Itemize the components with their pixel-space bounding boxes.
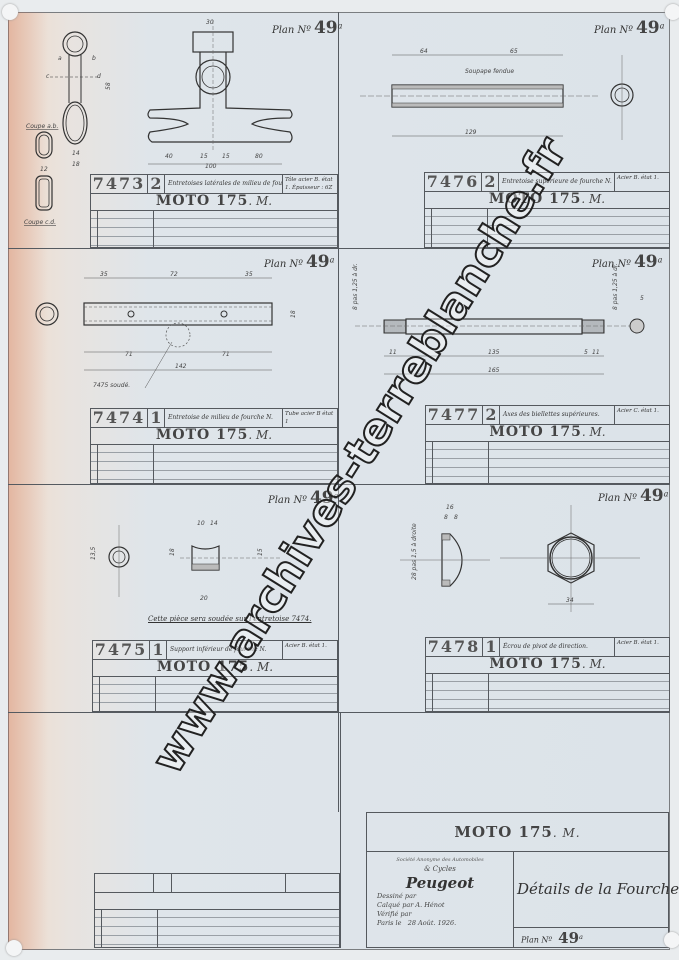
part-description: Écrou de pivot de direction. bbox=[500, 638, 615, 656]
empty-title-block bbox=[94, 873, 340, 948]
title-block-7478: 7478 1 Écrou de pivot de direction. Acie… bbox=[425, 637, 670, 712]
main-model-label: MOTO 175. M. bbox=[367, 813, 668, 852]
revision-rows bbox=[426, 673, 669, 711]
svg-text:28 pas 1,5 à droite: 28 pas 1,5 à droite bbox=[411, 523, 418, 580]
drawing-subject: Détails de la Fourche N. bbox=[513, 851, 668, 928]
drawing-7478: 16 88 28 pas 1,5 à droite 34 bbox=[0, 0, 679, 640]
title-block-7475: 7475 1 Support inférieur de fourche N. A… bbox=[92, 640, 338, 712]
company-block: Société Anonyme des Automobiles & Cycles… bbox=[367, 851, 514, 947]
pin-top-right bbox=[665, 4, 679, 20]
part-material: Acier B. état 1. bbox=[615, 638, 669, 656]
svg-text:16: 16 bbox=[446, 504, 454, 511]
bottom-divider bbox=[340, 712, 341, 948]
part-quantity: 1 bbox=[150, 641, 167, 659]
main-plan-number: Plan Nº49a bbox=[513, 927, 668, 947]
svg-text:8: 8 bbox=[444, 514, 448, 521]
signatures: Dessiné par Calqué par A. Hénot Vérifié … bbox=[367, 892, 513, 928]
pin-top-left bbox=[2, 4, 18, 20]
svg-text:34: 34 bbox=[566, 597, 574, 604]
part-quantity: 1 bbox=[483, 638, 500, 656]
part-number: 7478 bbox=[426, 638, 483, 656]
svg-text:8: 8 bbox=[454, 514, 458, 521]
grid-divider-row3 bbox=[8, 712, 670, 713]
pin-bottom-right bbox=[664, 932, 679, 948]
part-number: 7475 bbox=[93, 641, 150, 659]
revision-rows bbox=[93, 676, 337, 711]
part-material: Acier B. état 1. bbox=[283, 641, 337, 659]
brand-name: Peugeot bbox=[367, 874, 513, 892]
part-description: Support inférieur de fourche N. bbox=[167, 641, 283, 659]
main-title-block: MOTO 175. M. Société Anonyme des Automob… bbox=[366, 812, 669, 948]
model-label: MOTO 175. M. bbox=[426, 656, 669, 674]
pin-bottom-left bbox=[6, 940, 22, 956]
model-label: MOTO 175. M. bbox=[93, 659, 337, 677]
